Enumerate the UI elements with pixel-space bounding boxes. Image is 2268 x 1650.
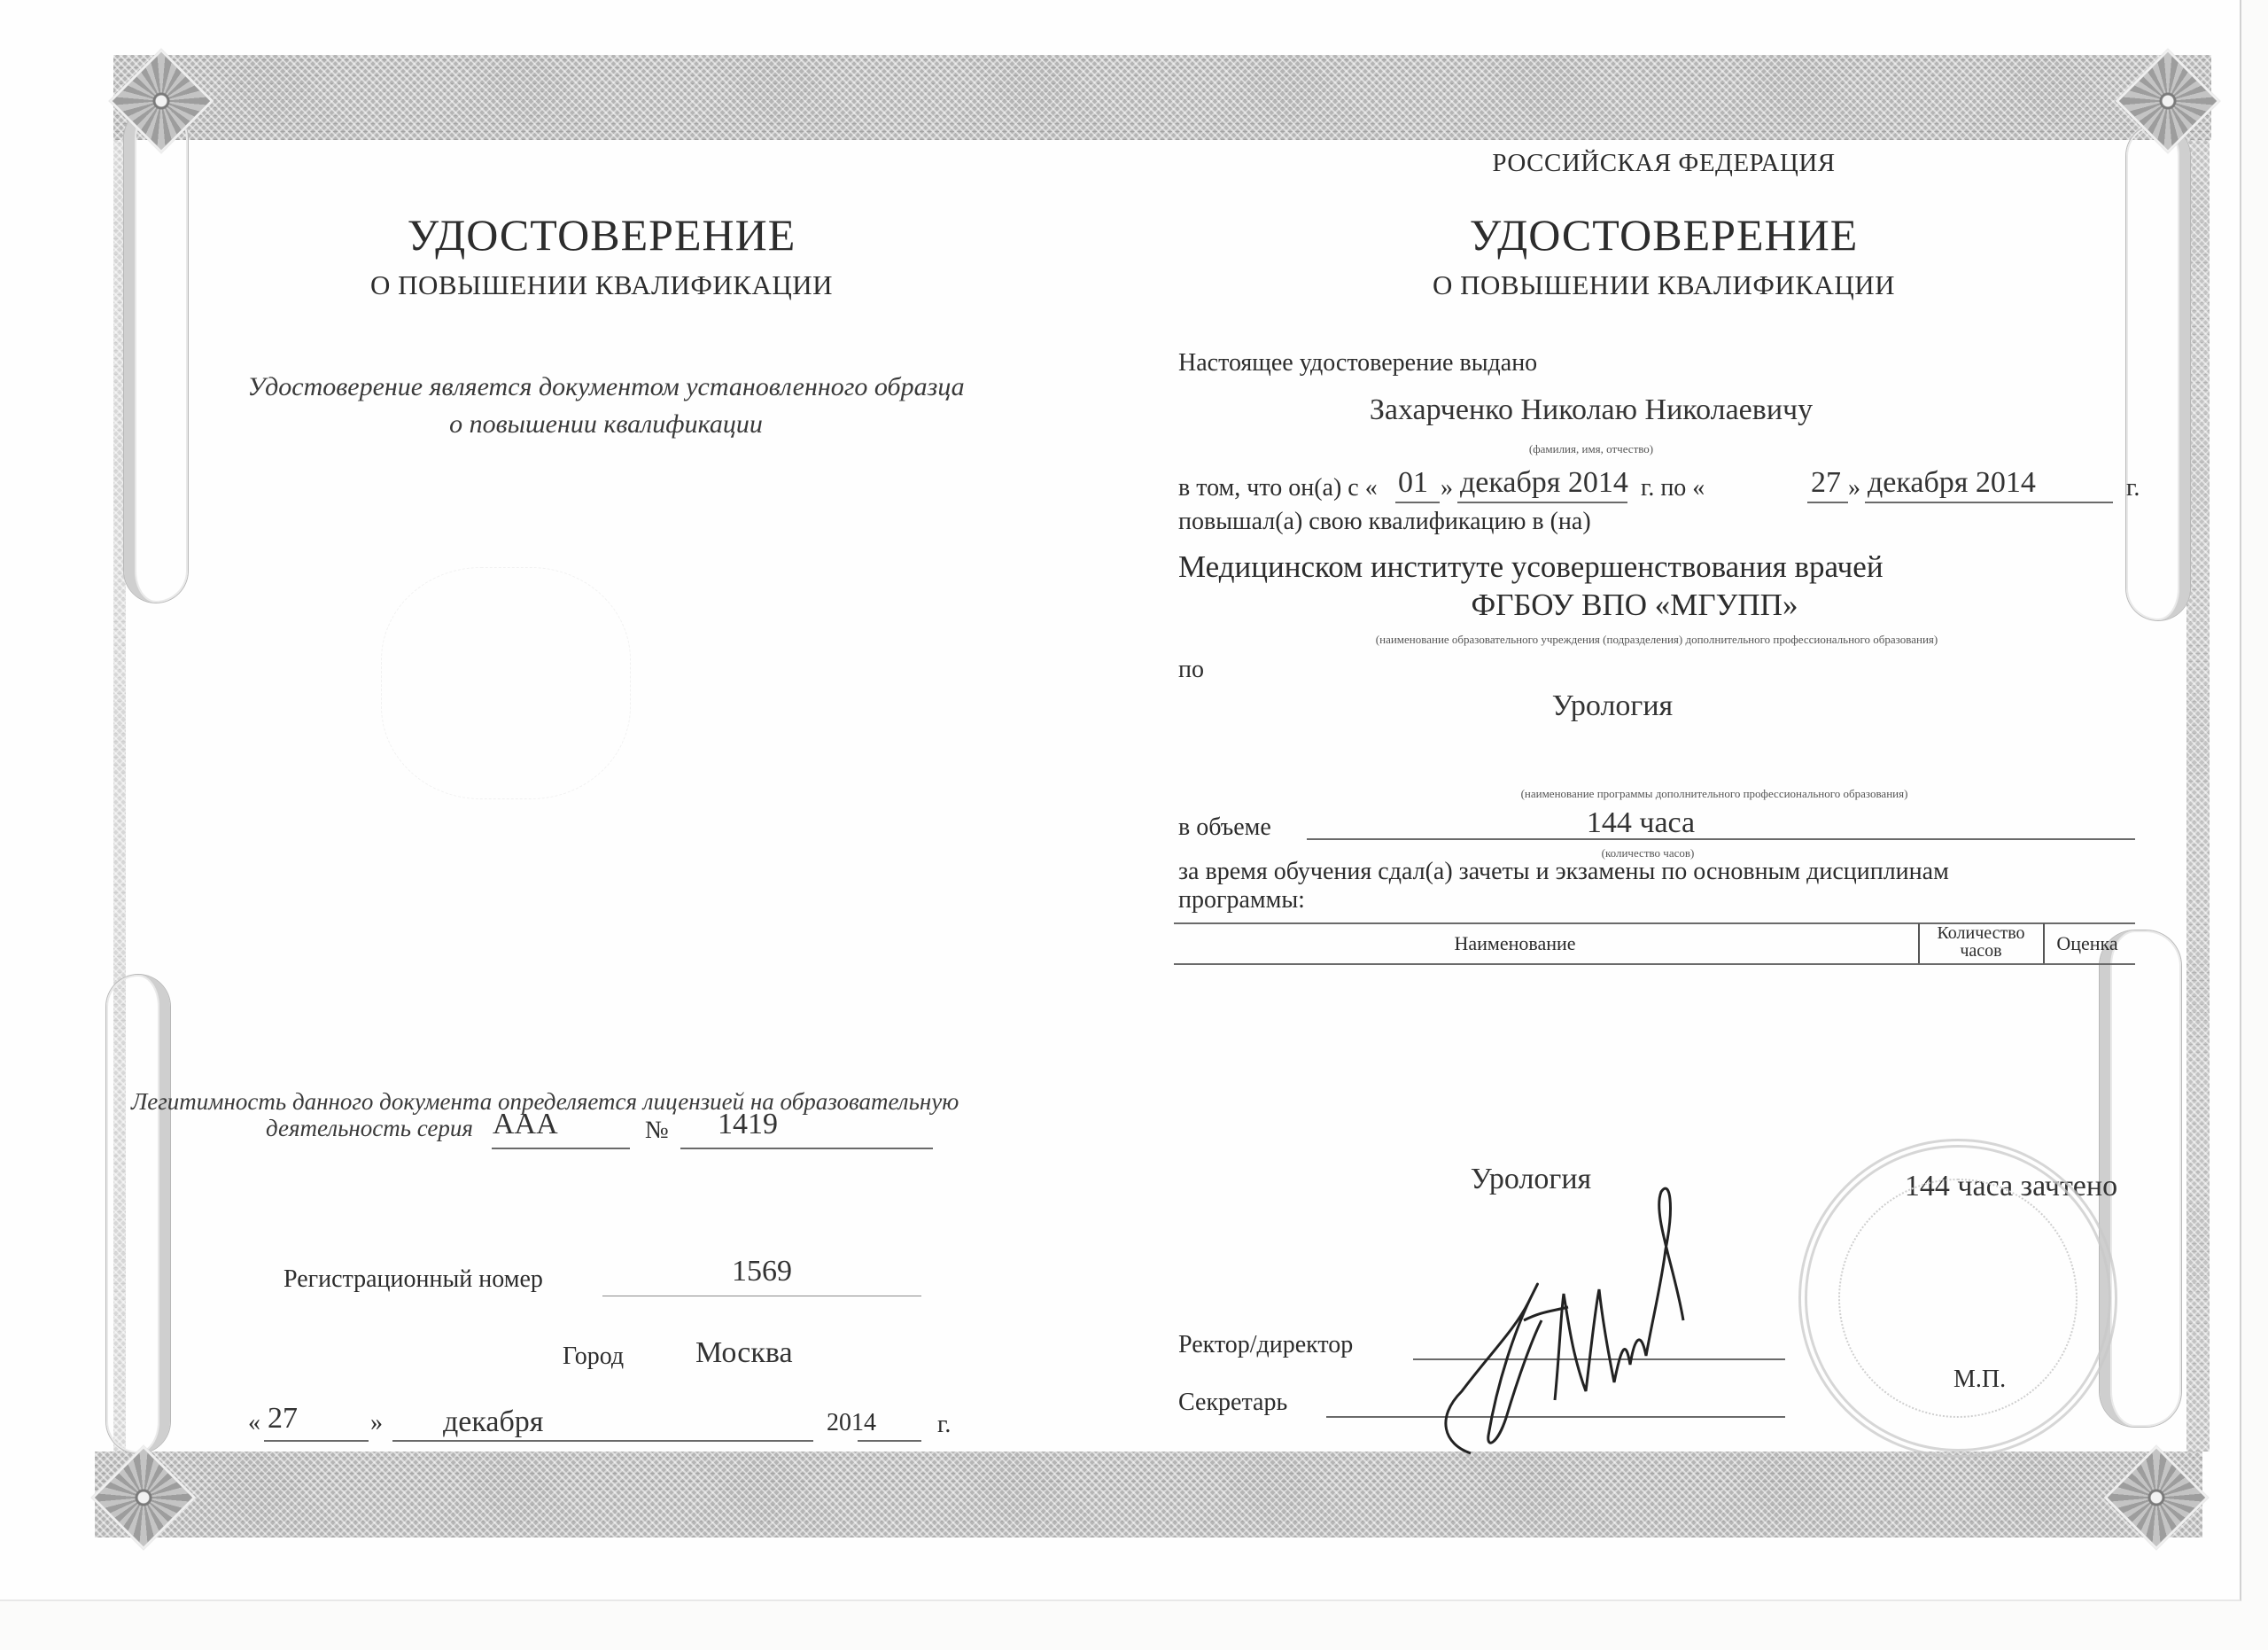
license-text-prefix: деятельность серия [266, 1115, 473, 1142]
institution-line2: ФГБОУ ВПО «МГУПП» [1472, 588, 1798, 623]
table-header-grade: Оценка [2056, 932, 2117, 955]
period-mid: г. по « [1641, 474, 1705, 502]
right-title: УДОСТОВЕРЕНИЕ [1470, 209, 1859, 261]
left-statement-line2: о повышении квалификации [449, 409, 763, 440]
ornament-ribbon-left [124, 106, 188, 603]
right-subtitle: О ПОВЫШЕНИИ КВАЛИФИКАЦИИ [1433, 269, 1895, 301]
guilloche-border-bottom [95, 1452, 2202, 1537]
volume-value: 144 часа [1587, 806, 1695, 840]
program-name: Урология [1552, 689, 1673, 723]
table-header-name: Наименование [1454, 932, 1575, 955]
program-prefix: по [1178, 656, 1204, 684]
issue-date-month: декабря [443, 1405, 543, 1439]
table-divider-2 [2043, 923, 2045, 963]
period-end-close: » [1848, 474, 1860, 502]
guilloche-border-top [113, 55, 2211, 140]
left-title: УДОСТОВЕРЕНИЕ [408, 209, 796, 261]
secretary-label: Секретарь [1178, 1389, 1287, 1417]
exams-line1: за время обучения сдал(а) зачеты и экзам… [1178, 858, 1949, 886]
period-start-month-year: декабря 2014 [1460, 466, 1628, 500]
recipient-name: Захарченко Николаю Николаевичу [1370, 393, 1813, 427]
license-number-value: 1419 [718, 1108, 778, 1141]
license-series-value: ААА [493, 1108, 558, 1141]
start-month-underline [1457, 502, 1627, 503]
program-caption: (наименование программы дополнительного … [1521, 787, 1908, 801]
license-number-label: № [645, 1117, 669, 1145]
ornament-ribbon-left-bottom [106, 975, 170, 1453]
country-heading: РОССИЙСКАЯ ФЕДЕРАЦИЯ [1492, 149, 1835, 178]
table-divider-1 [1918, 923, 1920, 963]
issue-date-day: 27 [268, 1402, 298, 1436]
period-start-close: » [1441, 474, 1453, 502]
rector-label: Ректор/директор [1178, 1331, 1353, 1359]
volume-label: в объеме [1178, 813, 1271, 842]
institution-caption: (наименование образовательного учреждени… [1376, 633, 1938, 647]
period-end-day: 27 [1811, 466, 1841, 500]
city-value: Москва [695, 1336, 793, 1370]
left-subtitle: О ПОВЫШЕНИИ КВАЛИФИКАЦИИ [370, 269, 833, 301]
issued-to-label: Настоящее удостоверение выдано [1178, 349, 1537, 377]
recipient-caption: (фамилия, имя, отчество) [1529, 442, 1653, 456]
table-header-hours-line1: Количество [1937, 924, 2024, 942]
issue-date-close-quote: » [370, 1409, 383, 1437]
license-series-underline [492, 1148, 630, 1149]
left-statement-line1: Удостоверение является документом устано… [247, 372, 964, 402]
issue-year-underline [858, 1440, 921, 1442]
institution-line1: Медицинском институте усовершенствования… [1178, 549, 1884, 585]
table-bottom-rule [1174, 963, 2135, 965]
period-prefix: в том, что он(а) с « [1178, 474, 1378, 502]
period-start-day: 01 [1398, 466, 1428, 500]
registration-label: Регистрационный номер [283, 1265, 543, 1294]
start-day-underline [1395, 502, 1440, 503]
registration-number-value: 1569 [732, 1255, 792, 1288]
end-month-underline [1865, 502, 2113, 503]
handwritten-signature-icon [1409, 1179, 1728, 1462]
issue-month-underline [392, 1440, 813, 1442]
city-label: Город [563, 1343, 624, 1371]
emblem-watermark-icon [381, 567, 631, 799]
volume-underline [1307, 838, 2135, 840]
issue-date-year: 2014 [827, 1409, 876, 1437]
license-number-underline [680, 1148, 933, 1149]
seal-place-label: М.П. [1953, 1366, 2006, 1394]
issue-date-year-suffix: г. [937, 1411, 951, 1439]
issue-day-underline [264, 1440, 369, 1442]
end-day-underline [1807, 502, 1848, 503]
table-header-hours: Количество часов [1937, 924, 2024, 960]
issue-date-open-quote: « [248, 1409, 260, 1437]
ornament-ribbon-right-top [2126, 124, 2190, 620]
period-suffix: г. [2126, 474, 2140, 502]
table-header-hours-line2: часов [1937, 942, 2024, 960]
registration-underline [602, 1296, 921, 1296]
period-end-month-year: декабря 2014 [1868, 466, 2036, 500]
exams-line2: программы: [1178, 886, 1305, 915]
improved-label: повышал(а) свою квалификацию в (на) [1178, 508, 1591, 536]
